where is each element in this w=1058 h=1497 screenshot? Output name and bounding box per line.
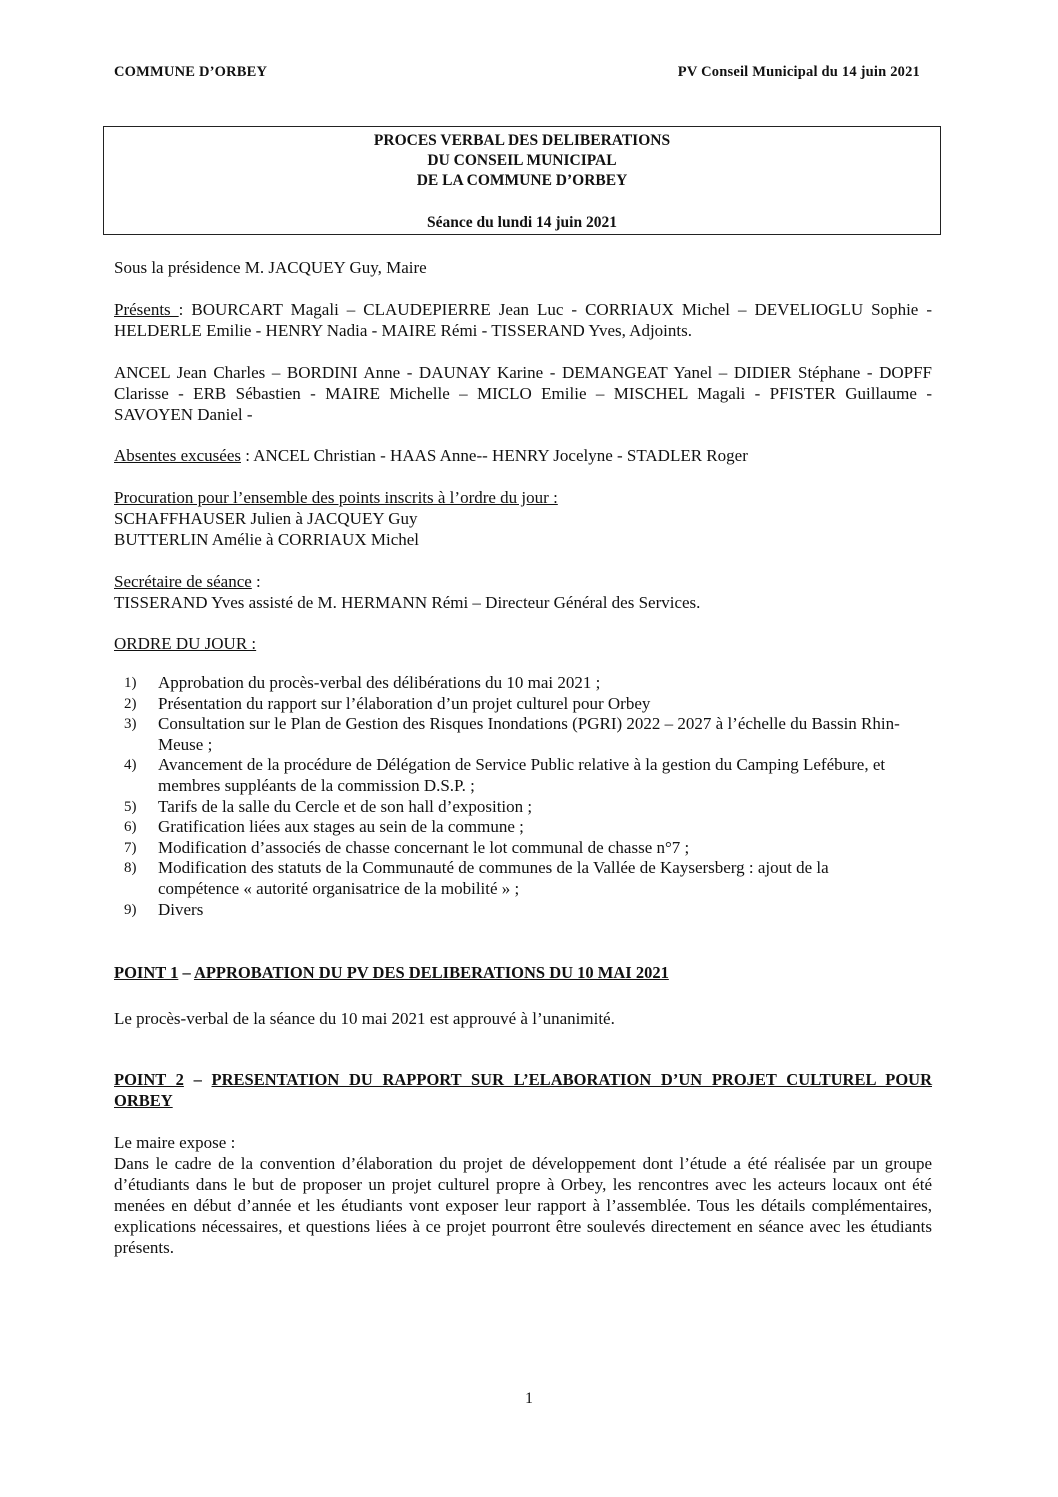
agenda-item-text: Modification d’associés de chasse concer…	[158, 838, 689, 857]
agenda-heading: ORDRE DU JOUR :	[114, 633, 932, 654]
point1-body: Le procès-verbal de la séance du 10 mai …	[114, 1008, 932, 1029]
agenda-item: 6)Gratification liées aux stages au sein…	[114, 817, 914, 838]
agenda-item: 2)Présentation du rapport sur l’élaborat…	[114, 694, 914, 715]
agenda-item-text: Gratification liées aux stages au sein d…	[158, 817, 524, 836]
procuration-line: BUTTERLIN Amélie à CORRIAUX Michel	[114, 529, 932, 550]
agenda-item-number: 5)	[124, 797, 137, 818]
agenda-item: 7)Modification d’associés de chasse conc…	[114, 838, 914, 859]
agenda-item: 3)Consultation sur le Plan de Gestion de…	[114, 714, 914, 755]
secretaire-label: Secrétaire de séance	[114, 572, 252, 591]
procuration-block: Procuration pour l’ensemble des points i…	[114, 487, 932, 550]
agenda-item: 8)Modification des statuts de la Communa…	[114, 858, 914, 899]
agenda-item-number: 7)	[124, 838, 137, 859]
agenda-item-text: Divers	[158, 900, 203, 919]
agenda-item: 5)Tarifs de la salle du Cercle et de son…	[114, 797, 914, 818]
title-line-2: DU CONSEIL MUNICIPAL	[104, 152, 940, 170]
point2-dash: –	[184, 1070, 212, 1089]
agenda-list: 1)Approbation du procès-verbal des délib…	[114, 673, 914, 920]
agenda-item-number: 6)	[124, 817, 137, 838]
procuration-line: SCHAFFHAUSER Julien à JACQUEY Guy	[114, 508, 932, 529]
point2-intro: Le maire expose :	[114, 1132, 932, 1153]
agenda-item-number: 2)	[124, 694, 137, 715]
absents-label: Absentes excusées	[114, 446, 241, 465]
session-date: Séance du lundi 14 juin 2021	[104, 214, 940, 232]
title-line-1: PROCES VERBAL DES DELIBERATIONS	[104, 132, 940, 150]
agenda-item: 4)Avancement de la procédure de Délégati…	[114, 755, 914, 796]
presents-text: : BOURCART Magali – CLAUDEPIERRE Jean Lu…	[114, 300, 932, 340]
point2-title: PRESENTATION DU RAPPORT SUR L’ELABORATIO…	[114, 1070, 932, 1110]
agenda-item-number: 8)	[124, 858, 137, 879]
title-box: PROCES VERBAL DES DELIBERATIONS DU CONSE…	[103, 126, 941, 235]
agenda-item: 9)Divers	[114, 900, 914, 921]
agenda-item-text: Approbation du procès-verbal des délibér…	[158, 673, 600, 692]
absents-paragraph: Absentes excusées : ANCEL Christian - HA…	[114, 445, 932, 466]
presents-paragraph: Présents : BOURCART Magali – CLAUDEPIERR…	[114, 299, 932, 341]
page-number: 1	[0, 1390, 1058, 1408]
agenda-item-number: 1)	[124, 673, 137, 694]
agenda-item: 1)Approbation du procès-verbal des délib…	[114, 673, 914, 694]
agenda-item-number: 9)	[124, 900, 137, 921]
secretaire-text: TISSERAND Yves assisté de M. HERMANN Rém…	[114, 592, 932, 613]
procuration-label: Procuration pour l’ensemble des points i…	[114, 487, 558, 508]
point2-label: POINT 2	[114, 1070, 184, 1089]
secretaire-suffix: :	[252, 572, 261, 591]
members-paragraph: ANCEL Jean Charles – BORDINI Anne - DAUN…	[114, 362, 932, 425]
header-commune: COMMUNE D’ORBEY	[114, 64, 267, 81]
point1-heading: POINT 1 – APPROBATION DU PV DES DELIBERA…	[114, 962, 932, 983]
point2-body: Dans le cadre de la convention d’élabora…	[114, 1153, 932, 1258]
header-pv-title: PV Conseil Municipal du 14 juin 2021	[678, 64, 920, 81]
point2-heading: POINT 2 – PRESENTATION DU RAPPORT SUR L’…	[114, 1069, 932, 1111]
agenda-item-number: 4)	[124, 755, 137, 776]
agenda-label: ORDRE DU JOUR :	[114, 634, 256, 653]
agenda-item-text: Consultation sur le Plan de Gestion des …	[158, 714, 900, 754]
point1-label: POINT 1	[114, 963, 178, 982]
agenda-item-text: Présentation du rapport sur l’élaboratio…	[158, 694, 650, 713]
point1-dash: –	[178, 963, 194, 982]
agenda-item-number: 3)	[124, 714, 137, 735]
title-line-3: DE LA COMMUNE D’ORBEY	[104, 172, 940, 190]
absents-text: : ANCEL Christian - HAAS Anne-- HENRY Jo…	[241, 446, 748, 465]
secretaire-block: Secrétaire de séance : TISSERAND Yves as…	[114, 571, 932, 613]
agenda-item-text: Avancement de la procédure de Délégation…	[158, 755, 885, 795]
presents-label: Présents	[114, 300, 179, 319]
agenda-item-text: Tarifs de la salle du Cercle et de son h…	[158, 797, 532, 816]
point1-title: APPROBATION DU PV DES DELIBERATIONS DU 1…	[194, 963, 669, 982]
presidence: Sous la présidence M. JACQUEY Guy, Maire	[114, 257, 932, 278]
agenda-item-text: Modification des statuts de la Communaut…	[158, 858, 829, 898]
document-page: COMMUNE D’ORBEY PV Conseil Municipal du …	[0, 0, 1058, 1497]
